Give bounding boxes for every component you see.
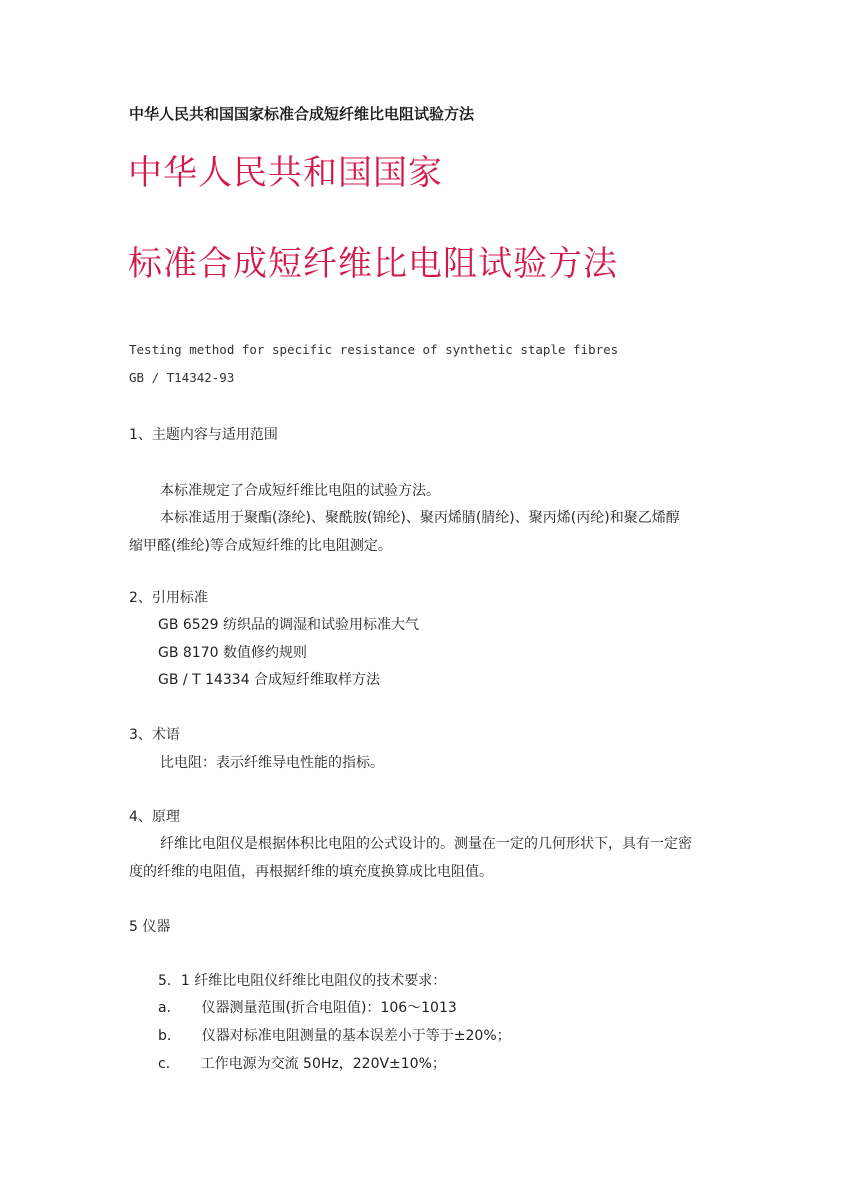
main-title-line-1: 中华人民共和国国家 xyxy=(128,145,443,194)
section-1-para-1: 本标准规定了合成短纤维比电阻的试验方法。 xyxy=(160,480,440,500)
item-marker: a． xyxy=(158,1000,181,1016)
section-5-1-subheading: 5．1 纤维比电阻仪纤维比电阻仪的技术要求： xyxy=(158,970,446,990)
main-title-line-2: 标准合成短纤维比电阻试验方法 xyxy=(128,236,618,285)
item-text: 工作电源为交流 50Hz，220V±10%； xyxy=(201,1056,446,1072)
english-title: Testing method for specific resistance o… xyxy=(129,342,618,357)
section-4-heading: 4、原理 xyxy=(129,806,180,826)
requirement-item-a: a． 仪器测量范围(折合电阻值)：106～1013 xyxy=(158,997,457,1017)
section-2-heading: 2、引用标准 xyxy=(129,587,208,607)
item-text: 仪器对标准电阻测量的基本误差小于等于±20%； xyxy=(202,1028,511,1044)
section-1-para-2-line-1: 本标准适用于聚酯(涤纶)、聚酰胺(锦纶)、聚丙烯腈(腈纶)、聚丙烯(丙纶)和聚乙… xyxy=(160,507,680,527)
item-marker: c． xyxy=(158,1056,180,1072)
reference-item: GB 8170 数值修约规则 xyxy=(158,642,307,662)
document-page: 中华人民共和国国家标准合成短纤维比电阻试验方法 中华人民共和国国家 标准合成短纤… xyxy=(0,0,849,1200)
document-header-title: 中华人民共和国国家标准合成短纤维比电阻试验方法 xyxy=(129,103,474,124)
item-text: 仪器测量范围(折合电阻值)：106～1013 xyxy=(202,1000,457,1016)
section-1-para-2-line-2: 缩甲醛(维纶)等合成短纤维的比电阻测定。 xyxy=(129,535,392,555)
requirement-item-c: c． 工作电源为交流 50Hz，220V±10%； xyxy=(158,1053,446,1073)
section-4-para-line-1: 纤维比电阻仪是根据体积比电阻的公式设计的。测量在一定的几何形状下，具有一定密 xyxy=(160,833,692,853)
section-5-heading: 5 仪器 xyxy=(129,916,170,936)
section-4-para-line-2: 度的纤维的电阻值，再根据纤维的填充度换算成比电阻值。 xyxy=(129,861,493,881)
item-marker: b． xyxy=(158,1028,181,1044)
reference-item: GB / T 14334 合成短纤维取样方法 xyxy=(158,669,380,689)
term-definition: 比电阻：表示纤维导电性能的指标。 xyxy=(160,752,384,772)
standard-code: GB / T14342-93 xyxy=(129,370,234,385)
section-1-heading: 1、主题内容与适用范围 xyxy=(129,424,278,444)
requirement-item-b: b． 仪器对标准电阻测量的基本误差小于等于±20%； xyxy=(158,1025,511,1045)
reference-item: GB 6529 纺织品的调湿和试验用标准大气 xyxy=(158,614,419,634)
section-3-heading: 3、术语 xyxy=(129,724,180,744)
